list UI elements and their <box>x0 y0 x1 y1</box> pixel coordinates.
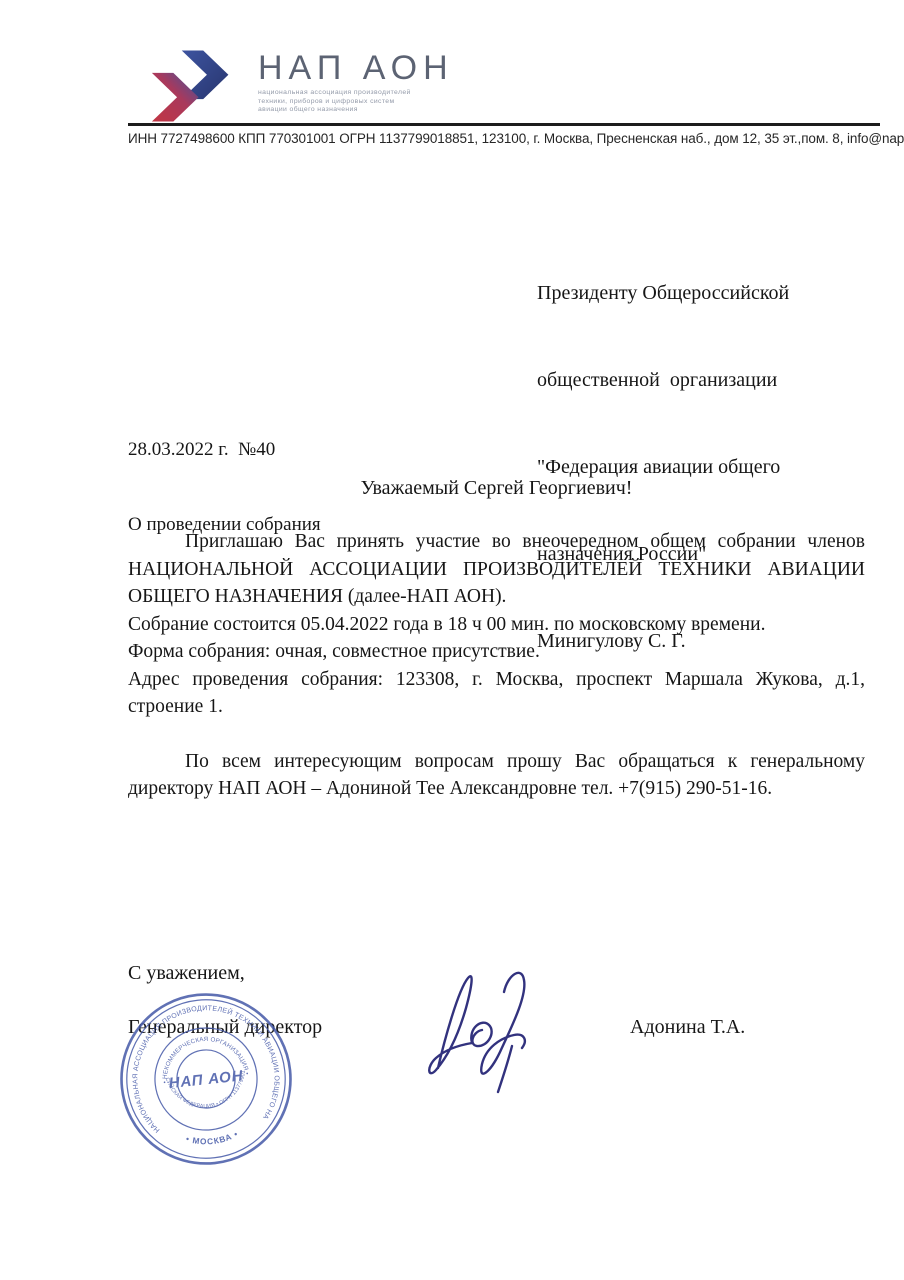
body-paragraph-2: Собрание состоится 05.04.2022 года в 18 … <box>128 611 865 639</box>
letterhead-contact-line: ИНН 7727498600 КПП 770301001 ОГРН 113779… <box>128 131 880 146</box>
closing-line: С уважением, <box>128 962 245 985</box>
body-paragraph-4: Адрес проведения собрания: 123308, г. Мо… <box>128 666 865 721</box>
stamp-city-text: • МОСКВА • <box>184 1128 241 1149</box>
logo-tagline: национальная ассоциация производителей т… <box>258 89 454 115</box>
body-paragraph-1: Приглашаю Вас принять участие во внеочер… <box>128 528 865 611</box>
logo-name: НАП АОН <box>258 50 454 86</box>
recipient-line: Президенту Общероссийской <box>537 279 789 308</box>
logo-tagline-line: национальная ассоциация производителей <box>258 89 454 98</box>
recipient-line: общественной организации <box>537 366 789 395</box>
logo-text-block: НАП АОН национальная ассоциация производ… <box>258 50 454 115</box>
handwritten-signature <box>408 950 566 1108</box>
letterhead-logo: НАП АОН национальная ассоциация производ… <box>150 48 454 124</box>
date-and-number: 28.03.2022 г. №40 <box>128 437 321 462</box>
nap-aon-logo-icon <box>150 48 234 124</box>
body-paragraph-5: По всем интересующим вопросам прошу Вас … <box>128 748 865 803</box>
logo-tagline-line: авиации общего назначения <box>258 106 454 115</box>
salutation: Уважаемый Сергей Георгиевич! <box>128 477 865 500</box>
letter-page: НАП АОН национальная ассоциация производ… <box>0 0 904 1280</box>
round-stamp: НАЦИОНАЛЬНАЯ АССОЦИАЦИЯ ПРОИЗВОДИТЕЛЕЙ Т… <box>118 991 294 1167</box>
body-paragraph-3: Форма собрания: очная, совместное присут… <box>128 638 865 666</box>
letter-body: Приглашаю Вас принять участие во внеочер… <box>128 528 865 803</box>
letterhead-rule <box>128 123 880 126</box>
logo-tagline-line: техники, приборов и цифровых систем <box>258 98 454 107</box>
signer-name: Адонина Т.А. <box>630 1016 745 1039</box>
